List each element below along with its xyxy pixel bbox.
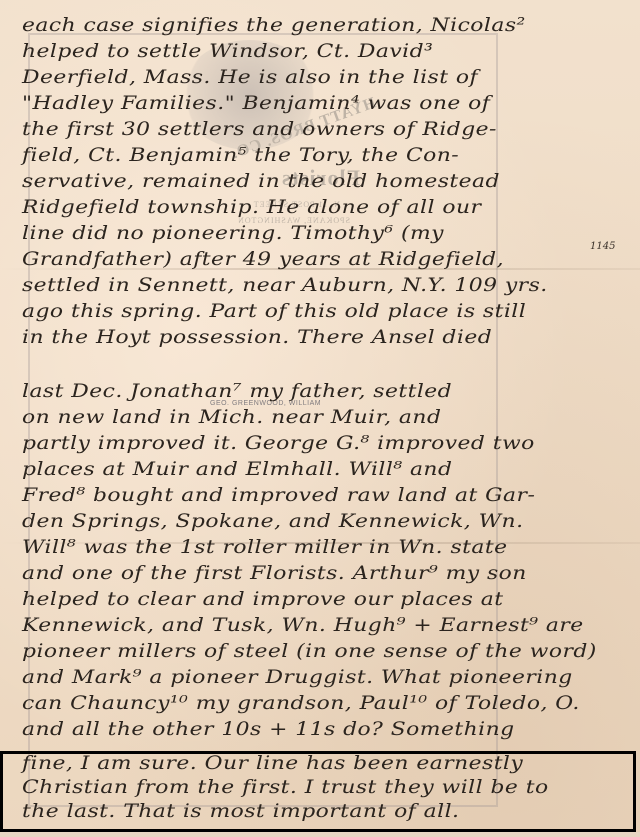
text-line: on new land in Mich. near Muir, and <box>22 406 441 428</box>
text-line: last Dec. Jonathan⁷ my father, settled <box>22 380 452 402</box>
highlight-box <box>0 751 636 832</box>
text-line: and all the other 10s + 11s do? Somethin… <box>22 718 515 740</box>
text-line: and one of the first Florists. Arthur⁹ m… <box>22 562 527 584</box>
text-line: places at Muir and Elmhall. Will⁸ and <box>22 458 452 480</box>
page-bottom-edge <box>0 832 640 837</box>
text-line: partly improved it. George G.⁸ improved … <box>22 432 535 454</box>
text-line: line did no pioneering. Timothy⁶ (my <box>22 222 444 244</box>
text-line: helped to clear and improve our places a… <box>22 588 503 610</box>
text-line: field, Ct. Benjamin⁵ the Tory, the Con- <box>22 144 459 166</box>
text-line: Will⁸ was the 1st roller miller in Wn. s… <box>22 536 508 558</box>
text-line: can Chauncy¹⁰ my grandson, Paul¹⁰ of Tol… <box>22 692 580 714</box>
margin-note: 1145 <box>590 241 615 252</box>
text-line: Kennewick, and Tusk, Wn. Hugh⁹ + Earnest… <box>22 614 584 636</box>
text-line: ago this spring. Part of this old place … <box>22 300 526 322</box>
letter-page: HYATT BROS. CO. Florists N. 11 POST STRE… <box>0 0 640 837</box>
text-line: servative, remained in the old homestead <box>22 170 500 192</box>
text-line: and Mark⁹ a pioneer Druggist. What pione… <box>22 666 573 688</box>
text-line: Grandfather) after 49 years at Ridgefiel… <box>22 248 504 270</box>
text-line: the first 30 settlers and owners of Ridg… <box>22 118 497 140</box>
text-line: Deerfield, Mass. He is also in the list … <box>22 66 478 88</box>
text-line: Fred⁸ bought and improved raw land at Ga… <box>22 484 535 506</box>
text-line: "Hadley Families." Benjamin⁴ was one of <box>22 92 490 114</box>
text-line: in the Hoyt possession. There Ansel died <box>22 326 492 348</box>
text-line: helped to settle Windsor, Ct. David³ <box>22 40 433 62</box>
text-line: pioneer millers of steel (in one sense o… <box>22 640 597 662</box>
text-line: each case signifies the generation, Nico… <box>22 14 526 36</box>
text-line: settled in Sennett, near Auburn, N.Y. 10… <box>22 274 548 296</box>
text-line: den Springs, Spokane, and Kennewick, Wn. <box>22 510 523 532</box>
text-line: Ridgefield township. He alone of all our <box>22 196 481 218</box>
